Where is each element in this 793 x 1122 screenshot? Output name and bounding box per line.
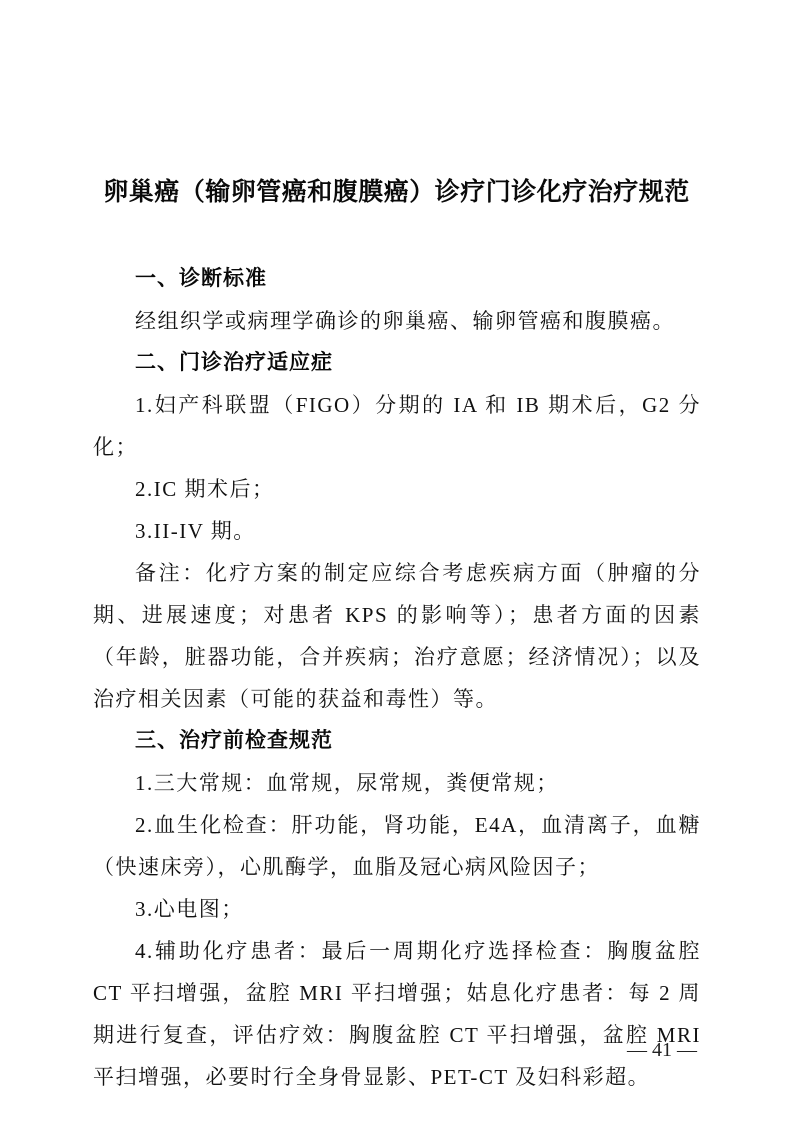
section-heading-pretreatment-exams: 三、治疗前检查规范 bbox=[93, 720, 701, 762]
section-heading-outpatient-indications: 二、门诊治疗适应症 bbox=[93, 342, 701, 384]
document-body: 一、诊断标准 经组织学或病理学确诊的卵巢癌、输卵管癌和腹膜癌。 二、门诊治疗适应… bbox=[93, 258, 701, 1098]
page-number: — 41 — bbox=[627, 1038, 697, 1062]
document-page: 卵巢癌（输卵管癌和腹膜癌）诊疗门诊化疗治疗规范 一、诊断标准 经组织学或病理学确… bbox=[0, 0, 793, 1122]
paragraph-indication-1: 1.妇产科联盟（FIGO）分期的 IA 和 IB 期术后，G2 分化； bbox=[93, 384, 701, 468]
section-heading-diagnosis-criteria: 一、诊断标准 bbox=[93, 258, 701, 300]
paragraph-indication-3: 3.II-IV 期。 bbox=[93, 510, 701, 552]
paragraph-indication-note: 备注：化疗方案的制定应综合考虑疾病方面（肿瘤的分期、进展速度；对患者 KPS 的… bbox=[93, 552, 701, 720]
paragraph-exam-2: 2.血生化检查：肝功能，肾功能，E4A，血清离子，血糖（快速床旁），心肌酶学，血… bbox=[93, 804, 701, 888]
paragraph-exam-4: 4.辅助化疗患者：最后一周期化疗选择检查：胸腹盆腔 CT 平扫增强，盆腔 MRI… bbox=[93, 930, 701, 1098]
paragraph-exam-1: 1.三大常规：血常规，尿常规，粪便常规； bbox=[93, 762, 701, 804]
paragraph-diagnosis-criteria: 经组织学或病理学确诊的卵巢癌、输卵管癌和腹膜癌。 bbox=[93, 300, 701, 342]
document-title: 卵巢癌（输卵管癌和腹膜癌）诊疗门诊化疗治疗规范 bbox=[0, 0, 793, 210]
paragraph-exam-3: 3.心电图； bbox=[93, 888, 701, 930]
paragraph-indication-2: 2.IC 期术后； bbox=[93, 468, 701, 510]
